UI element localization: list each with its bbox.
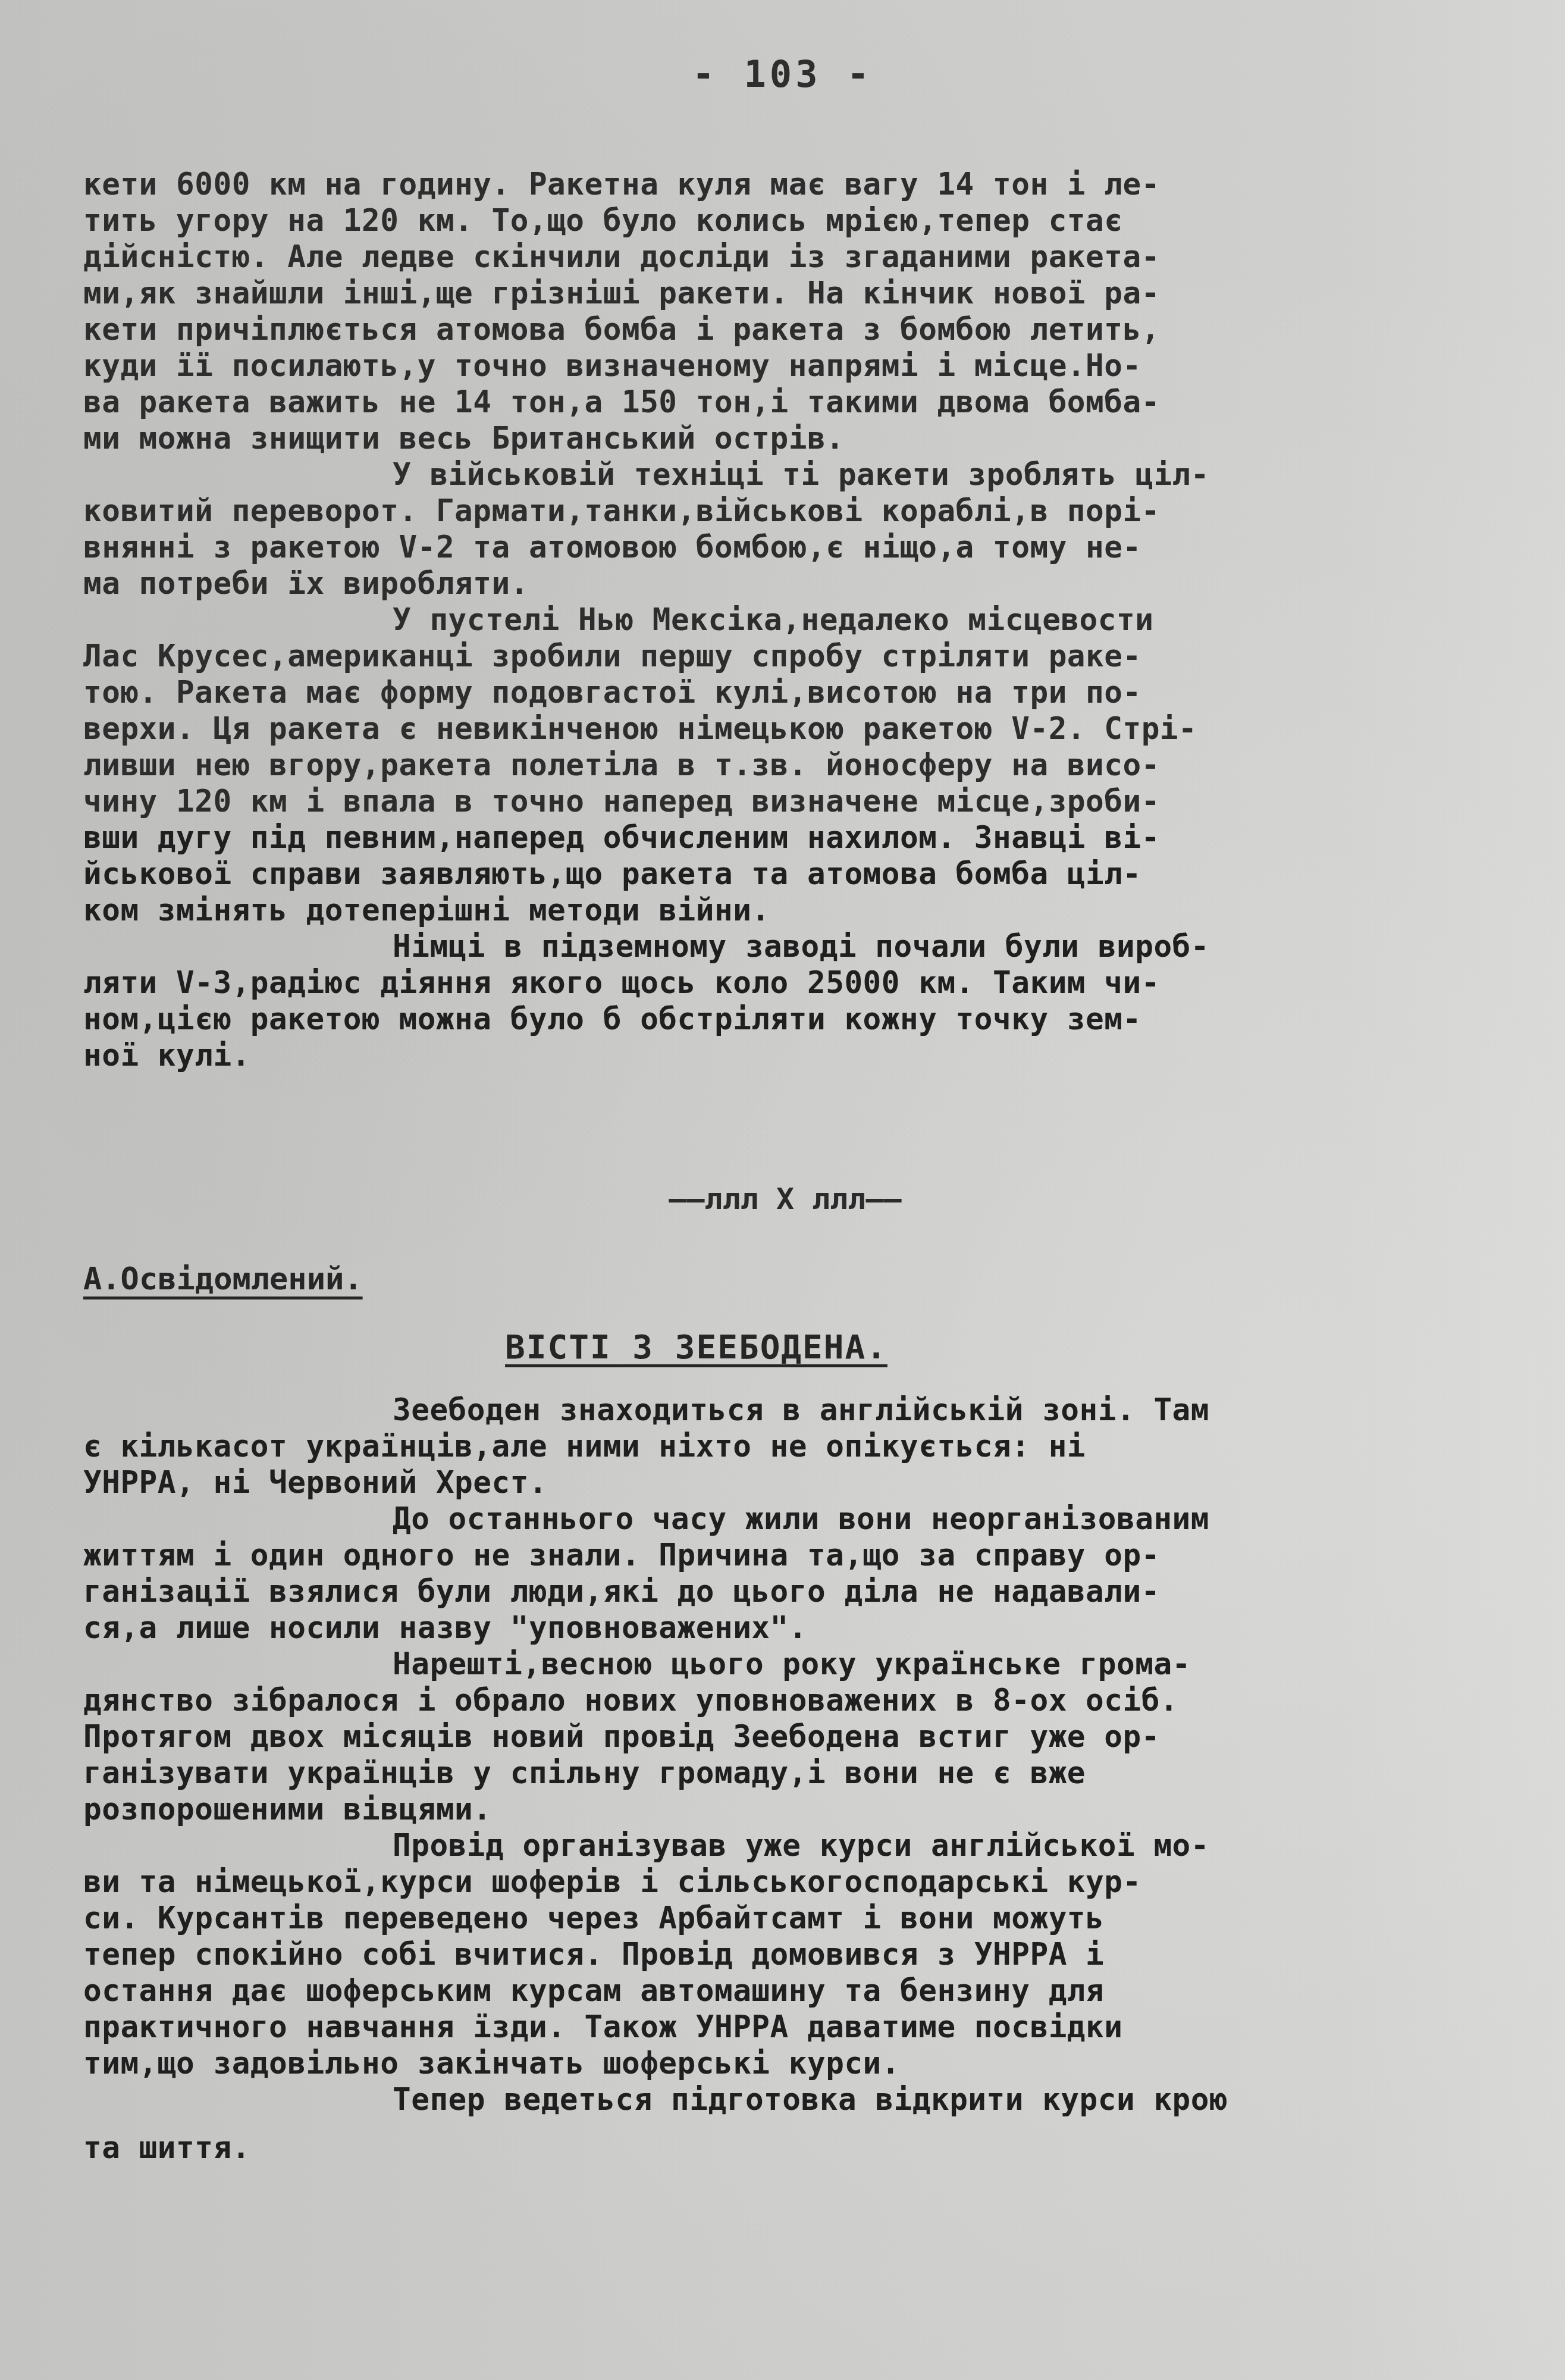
text-line: ляти V-3,радіюс діяння якого щось коло 2…	[83, 965, 1475, 1001]
text-line: си. Курсантів переведено через Арбайтсам…	[83, 1900, 1475, 1937]
scanned-page: - 103 - кети 6000 км на годину. Ракетна …	[0, 0, 1565, 2380]
text-line: практичного навчання їзди. Також УНРРА д…	[83, 2009, 1475, 2046]
text-line: ном,цією ракетою можна було б обстріляти…	[83, 1001, 1475, 1038]
text-line: ганізації взялися були люди,які до цього…	[83, 1574, 1475, 1610]
text-line: ми можна знищити весь Британський острів…	[83, 421, 1475, 457]
text-line: ми,як знайшли інші,ще грізніші ракети. Н…	[83, 275, 1475, 312]
text-line: вши дугу під певним,наперед обчисленим н…	[83, 820, 1475, 856]
text-line-indented: Нарешті,весною цього року українське гро…	[83, 1646, 1475, 1683]
text-line: кети 6000 км на годину. Ракетна куля має…	[83, 167, 1475, 203]
text-line: йськової справи заявляють,що ракета та а…	[83, 856, 1475, 892]
text-line: ної кулі.	[83, 1038, 1475, 1074]
continuation-text: кети 6000 км на годину. Ракетна куля має…	[83, 167, 1475, 1074]
page-number: - 103 -	[0, 52, 1565, 96]
text-line-indented: У військовій техніці ті ракети зроблять …	[83, 457, 1475, 493]
text-line-indented: Зеебоден знаходиться в англійській зоні.…	[83, 1392, 1475, 1429]
informant-signature: А.Освідомлений.	[83, 1261, 363, 1297]
text-line: є кількасот українців,але ними ніхто не …	[83, 1429, 1475, 1465]
text-line: ва ракета важить не 14 тон,а 150 тон,і т…	[83, 384, 1475, 421]
text-line-indented: До останнього часу жили вони неорганізов…	[83, 1501, 1475, 1537]
text-line: ся,а лише носили назву "уповноважених".	[83, 1610, 1475, 1646]
text-line: та шиття.	[83, 2130, 1475, 2166]
text-line: тепер спокійно собі вчитися. Провід домо…	[83, 1937, 1475, 1973]
article-body: Зеебоден знаходиться в англійській зоні.…	[83, 1392, 1475, 2166]
text-line-indented: Німці в підземному заводі почали були ви…	[83, 929, 1475, 965]
article-title: ВІСТІ З ЗЕЕБОДЕНА.	[0, 1330, 1565, 1366]
text-line: дійсністю. Але ледве скінчили досліди із…	[83, 239, 1475, 275]
text-line: ковитий переворот. Гармати,танки,військо…	[83, 493, 1475, 530]
text-line: тою. Ракета має форму подовгастої кулі,в…	[83, 675, 1475, 711]
text-line: ма потреби їх виробляти.	[83, 566, 1475, 602]
section-separator: ——ллл Х ллл——	[601, 1181, 970, 1217]
text-line: Лас Крусес,американці зробили першу спро…	[83, 638, 1475, 675]
text-line: життям і один одного не знали. Причина т…	[83, 1537, 1475, 1574]
text-line-indented: Провід організував уже курси англійської…	[83, 1828, 1475, 1864]
text-line: розпорошеними вівцями.	[83, 1792, 1475, 1828]
text-line: тить угору на 120 км. То,що було колись …	[83, 203, 1475, 239]
text-line: ливши нею вгору,ракета полетіла в т.зв. …	[83, 747, 1475, 784]
text-line: Протягом двох місяців новий провід Зеебо…	[83, 1719, 1475, 1755]
text-line: верхи. Ця ракета є невикінченою німецько…	[83, 711, 1475, 747]
text-line: тим,що задовільно закінчать шоферські ку…	[83, 2046, 1475, 2082]
text-line: остання дає шоферським курсам автомашину…	[83, 1973, 1475, 2009]
text-line: УНРРА, ні Червоний Хрест.	[83, 1465, 1475, 1501]
text-line: ганізувати українців у спільну громаду,і…	[83, 1755, 1475, 1792]
text-line: кети причіплюється атомова бомба і ракет…	[83, 312, 1475, 348]
text-line: дянство зібралося і обрало нових уповнов…	[83, 1683, 1475, 1719]
text-line: внянні з ракетою V-2 та атомовою бомбою,…	[83, 530, 1475, 566]
text-line: куди її посилають,у точно визначеному на…	[83, 348, 1475, 384]
text-line: ви та німецької,курси шоферів і сільсько…	[83, 1864, 1475, 1900]
text-line-indented: Тепер ведеться підготовка відкрити курси…	[83, 2082, 1475, 2118]
text-line-indented: У пустелі Нью Мексіка,недалеко місцевост…	[83, 602, 1475, 638]
text-line: чину 120 км і впала в точно наперед визн…	[83, 784, 1475, 820]
text-line: ком змінять дотеперішні методи війни.	[83, 892, 1475, 929]
